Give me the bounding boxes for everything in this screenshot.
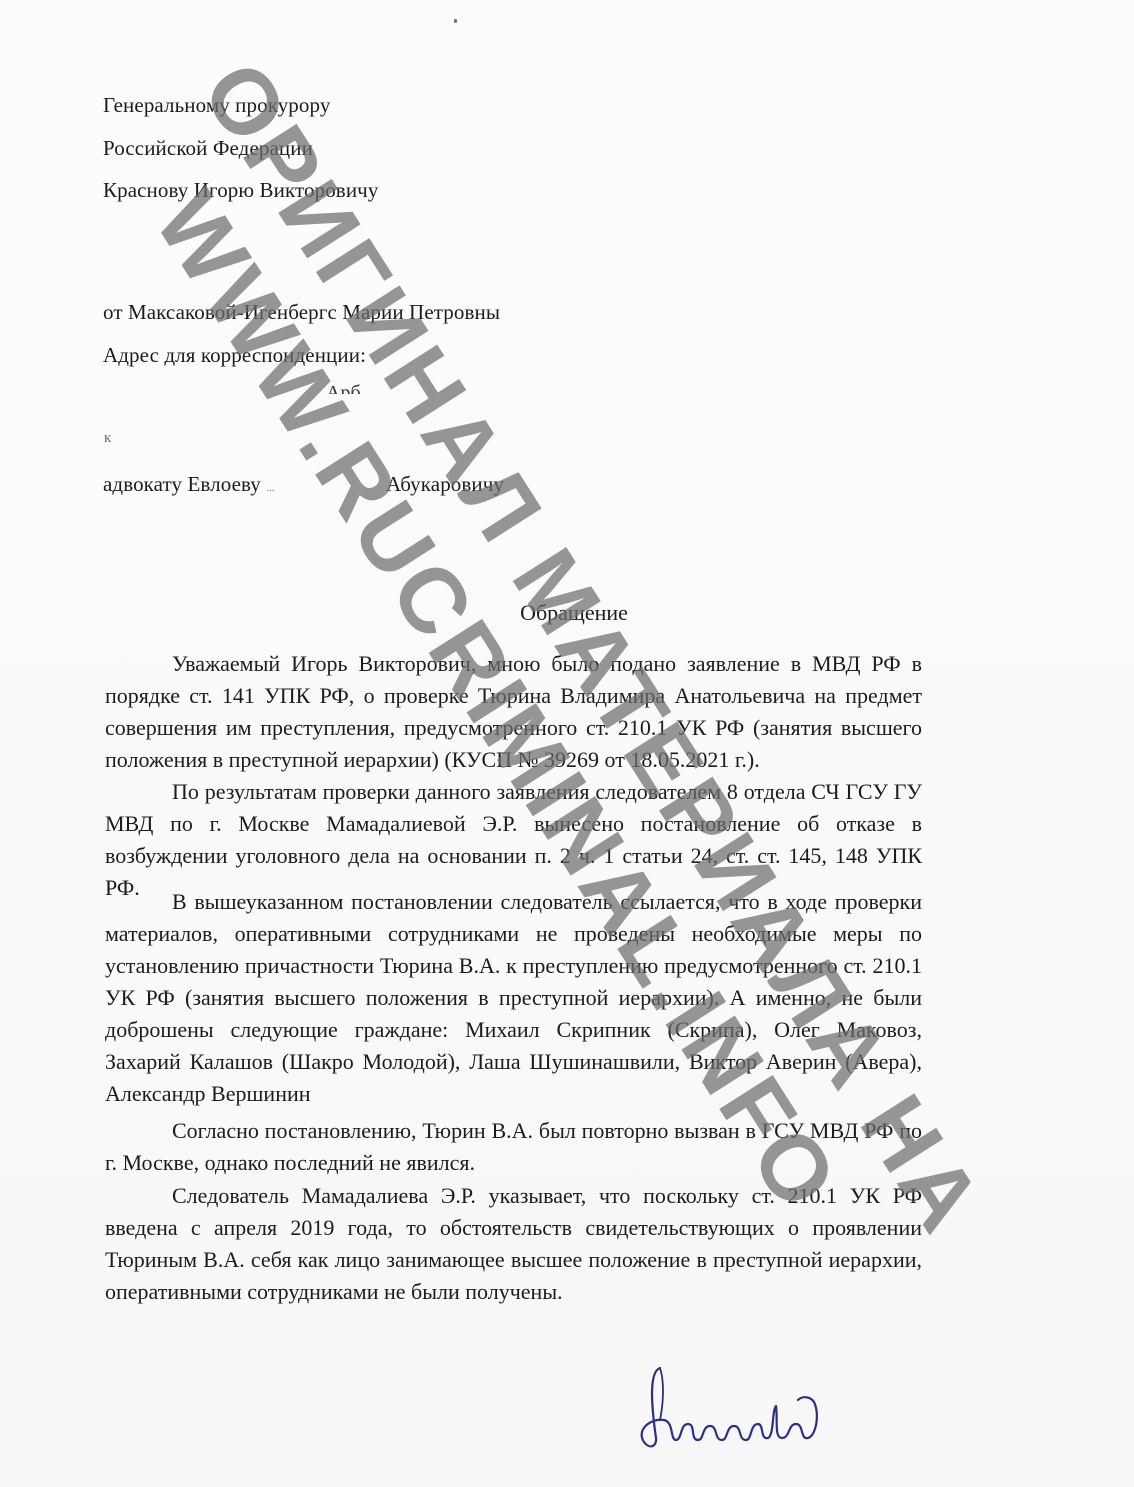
lawyer-line: адвокату Евлоеву ... [103, 472, 275, 497]
document-page: Генеральному прокурору Российской Федера… [0, 0, 1134, 1487]
addressee-line-2: Российской Федерации [103, 136, 313, 161]
address-fragment-partial-2: К [104, 433, 111, 445]
handwritten-signature [630, 1350, 850, 1460]
address-fragment-partial: Арб [326, 380, 361, 394]
body-paragraph-2: По результатам проверки данного заявлени… [105, 776, 922, 904]
lawyer-name-redacted: ... [266, 482, 275, 494]
scan-speck [454, 19, 457, 23]
addressee-line-3: Краснову Игорю Викторовичу [103, 178, 378, 203]
body-paragraph-4: Согласно постановлению, Тюрин В.А. был п… [105, 1115, 922, 1179]
paragraph-text: В вышеуказанном постановлении следовател… [105, 886, 922, 1110]
body-paragraph-5: Следователь Мамадалиева Э.Р. указывает, … [105, 1180, 922, 1308]
paragraph-text: Согласно постановлению, Тюрин В.А. был п… [105, 1115, 922, 1179]
address-label: Адрес для корреспонденции: [103, 343, 366, 368]
paragraph-text: Следователь Мамадалиева Э.Р. указывает, … [105, 1180, 922, 1308]
paragraph-text: Уважаемый Игорь Викторович, мною было по… [105, 648, 922, 776]
addressee-line-1: Генеральному прокурору [103, 93, 330, 118]
body-paragraph-1: Уважаемый Игорь Викторович, мною было по… [105, 648, 922, 776]
sender-from: от Максаковой-Игенбергс Марии Петровны [103, 300, 500, 325]
lawyer-patronymic: Абукаровичу [386, 472, 504, 497]
document-title: Обращение [0, 600, 1134, 626]
lawyer-name-part1: адвокату Евлоеву [103, 472, 261, 496]
body-paragraph-3: В вышеуказанном постановлении следовател… [105, 886, 922, 1110]
paragraph-text: По результатам проверки данного заявлени… [105, 776, 922, 904]
